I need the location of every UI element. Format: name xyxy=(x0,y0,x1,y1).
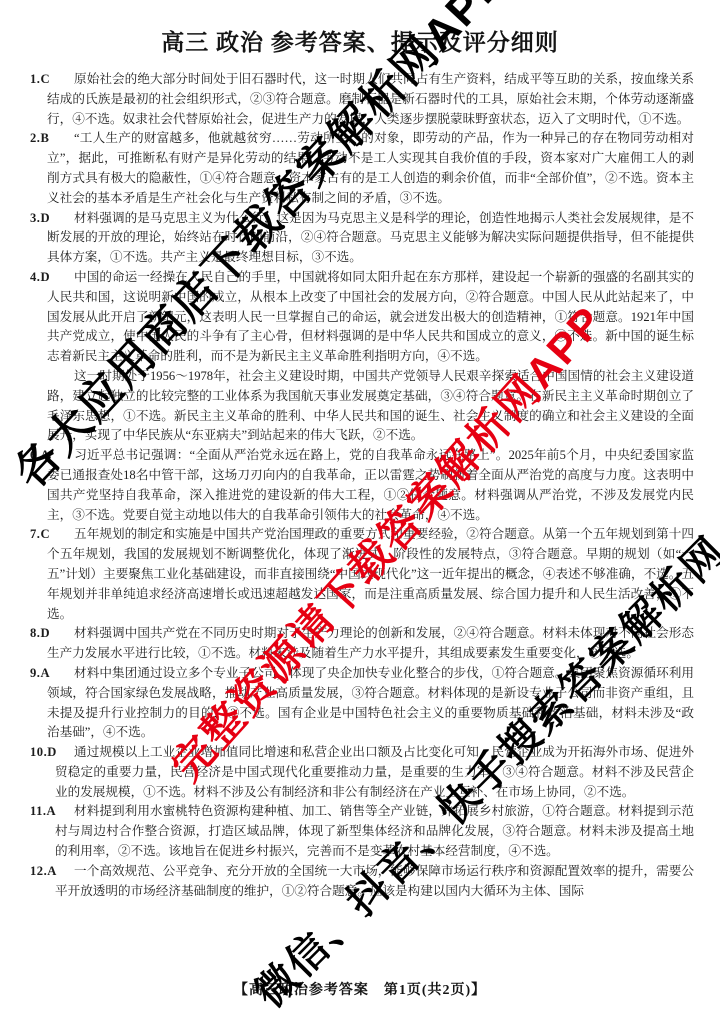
item-text: 原始社会的绝大部分时间处于旧石器时代，这一时期人们共同占有生产资料，结成平等互助… xyxy=(47,72,694,126)
item-number: 3.D xyxy=(30,209,74,229)
answer-item-11: 11.A材料提到利用水蜜桃特色资源构建种植、加工、销售等全产业链，并拓展乡村旅游… xyxy=(30,802,694,861)
item-text: 五年规划的制定和实施是中国共产党治国理政的重要方式和重要经验，②符合题意。从第一… xyxy=(47,527,694,620)
item-text: “工人生产的财富越多，他就越贫穷……劳动所生产的对象，即劳动的产品，作为一种异己… xyxy=(47,131,694,204)
item-text: 材料强调的是马克思主义为什么行，这是因为马克思主义是科学的理论，创造性地揭示人类… xyxy=(47,211,694,265)
page-footer: 【高三政治参考答案 第1页(共2页)】 xyxy=(0,979,720,999)
item-text: 材料提到利用水蜜桃特色资源构建种植、加工、销售等全产业链，并拓展乡村旅游，①符合… xyxy=(55,804,694,858)
answer-item-12: 12.A一个高效规范、公平竞争、充分开放的全国统一大市场，能够保障市场运行秩序和… xyxy=(30,862,694,902)
item-text: 材料强调中国共产党在不同历史时期对于生产力理论的创新和发展，②④符合题意。材料未… xyxy=(47,626,694,660)
answer-item-8: 8.D材料强调中国共产党在不同历史时期对于生产力理论的创新和发展，②④符合题意。… xyxy=(30,624,694,664)
page-title: 高三 政治 参考答案、提示及评分细则 xyxy=(30,24,690,57)
item-number: 11.A xyxy=(30,802,74,822)
answer-item-1: 1.C原始社会的绝大部分时间处于旧石器时代，这一时期人们共同占有生产资料，结成平… xyxy=(30,70,694,129)
item-text: 习近平总书记强调：“全面从严治党永远在路上，党的自我革命永远在路上”。2025年… xyxy=(47,448,694,521)
item-text: 材料中集团通过设立多个专业子公司，体现了央企加快专业化整合的步伐，①符合题意。集… xyxy=(47,666,694,739)
item-text: 通过规模以上工业企业增加值同比增速和私营企业出口额及占比变化可知，民营企业成为开… xyxy=(55,745,694,799)
answer-item-5: 这一时期处于1956～1978年，社会主义建设时期，中国共产党领导人民艰辛探索适… xyxy=(30,367,694,446)
item-number: 9.A xyxy=(30,664,74,684)
item-number: 10.D xyxy=(30,743,74,763)
item-number: 12.A xyxy=(30,862,74,882)
item-number: 2.B xyxy=(30,129,74,149)
answer-sheet-page: 高三 政治 参考答案、提示及评分细则 1.C原始社会的绝大部分时间处于旧石器时代… xyxy=(0,0,720,1023)
item-number: 8.D xyxy=(30,624,74,644)
item-text: 这一时期处于1956～1978年，社会主义建设时期，中国共产党领导人民艰辛探索适… xyxy=(47,369,694,442)
item-text: 一个高效规范、公平竞争、充分开放的全国统一大市场，能够保障市场运行秩序和资源配置… xyxy=(55,864,694,898)
item-text: 中国的命运一经操在人民自己的手里，中国就将如同太阳升起在东方那样，建设起一个崭新… xyxy=(47,270,694,363)
answer-item-7: 7.C五年规划的制定和实施是中国共产党治国理政的重要方式和重要经验，②符合题意。… xyxy=(30,525,694,624)
item-number: 6.A xyxy=(30,446,74,466)
answer-item-10: 10.D通过规模以上工业企业增加值同比增速和私营企业出口额及占比变化可知，民营企… xyxy=(30,743,694,802)
answer-list: 1.C原始社会的绝大部分时间处于旧石器时代，这一时期人们共同占有生产资料，结成平… xyxy=(30,70,694,901)
item-number: 7.C xyxy=(30,525,74,545)
answer-item-3: 3.D材料强调的是马克思主义为什么行，这是因为马克思主义是科学的理论，创造性地揭… xyxy=(30,209,694,268)
answer-item-9: 9.A材料中集团通过设立多个专业子公司，体现了央企加快专业化整合的步伐，①符合题… xyxy=(30,664,694,743)
item-number: 4.D xyxy=(30,268,74,288)
answer-item-2: 2.B“工人生产的财富越多，他就越贫穷……劳动所生产的对象，即劳动的产品，作为一… xyxy=(30,129,694,208)
item-number: 1.C xyxy=(30,70,74,90)
answer-item-4: 4.D中国的命运一经操在人民自己的手里，中国就将如同太阳升起在东方那样，建设起一… xyxy=(30,268,694,367)
answer-item-6: 6.A习近平总书记强调：“全面从严治党永远在路上，党的自我革命永远在路上”。20… xyxy=(30,446,694,525)
